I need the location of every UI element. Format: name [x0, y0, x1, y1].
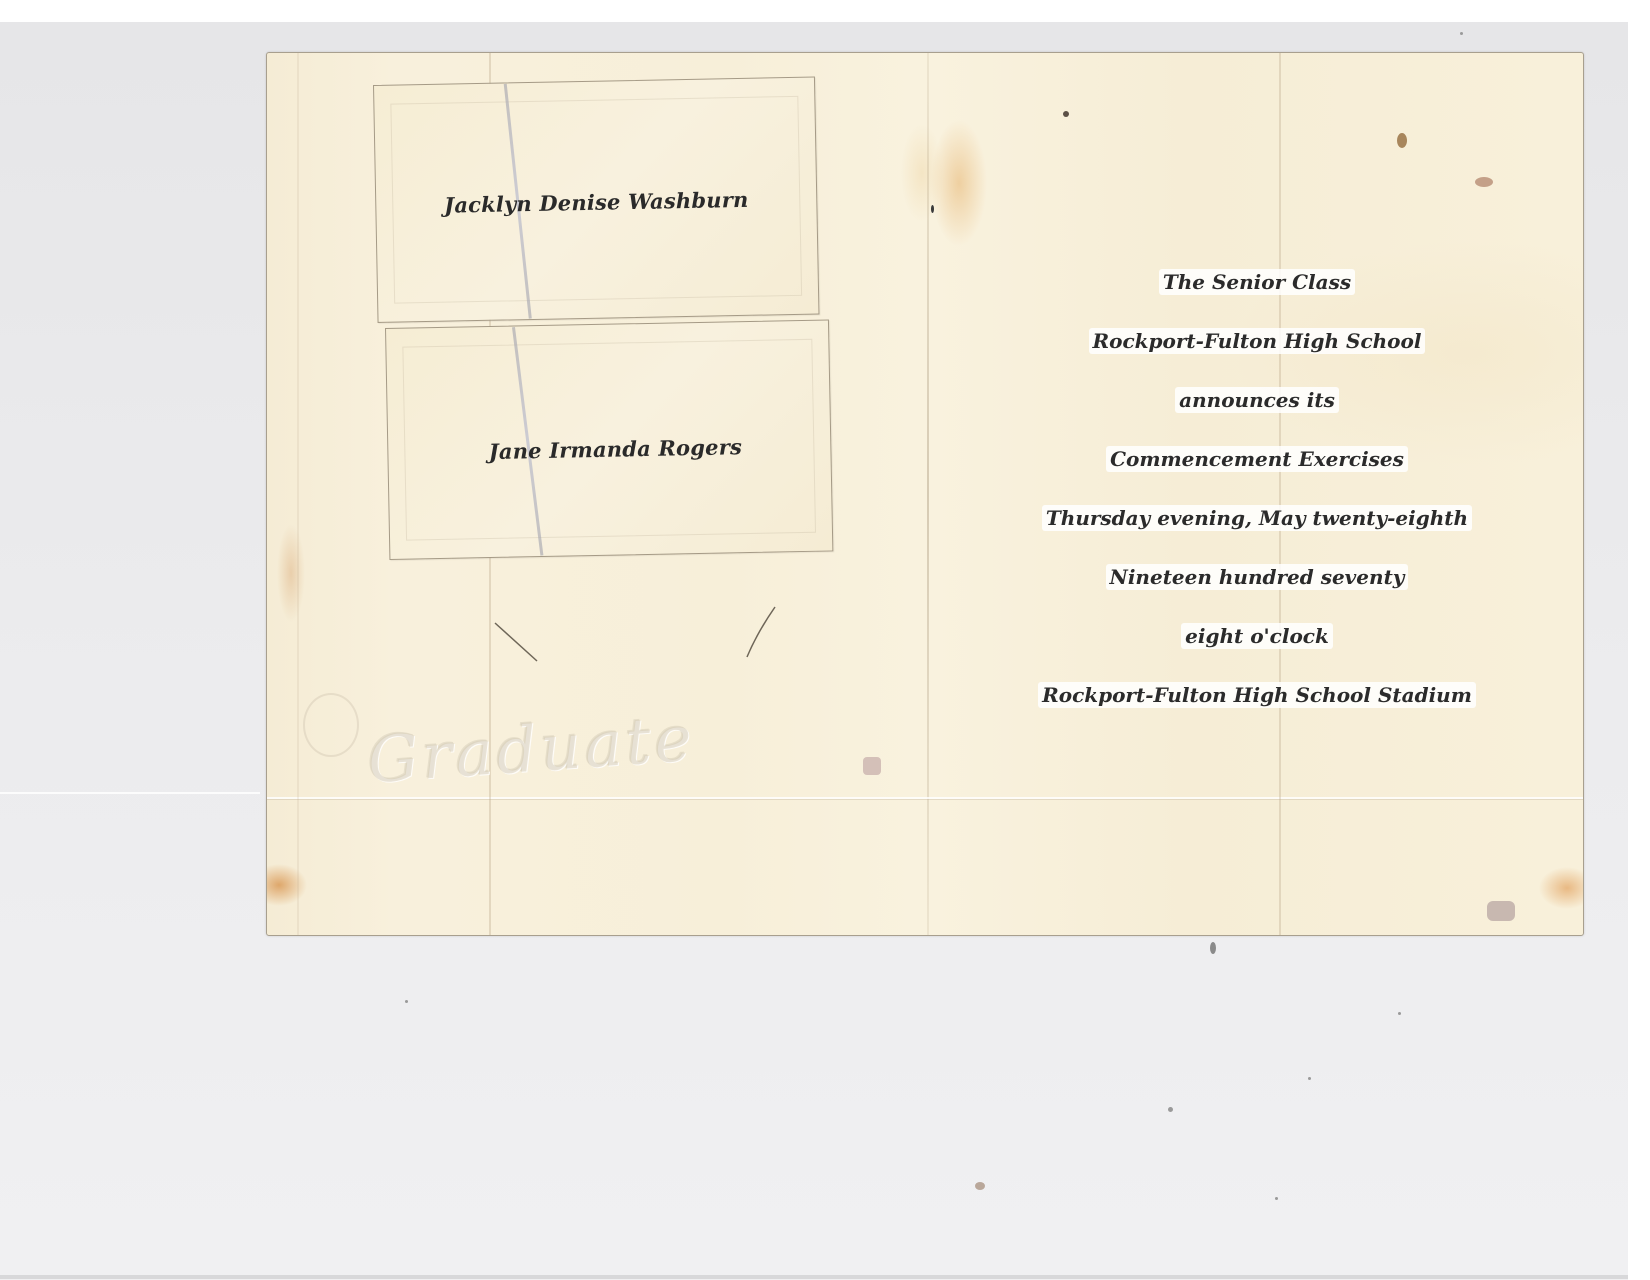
dust-speck — [1460, 32, 1463, 35]
event-time: eight o'clock — [967, 607, 1547, 666]
embossed-seal — [303, 693, 359, 757]
crease-line — [297, 53, 299, 935]
stain-spot — [863, 757, 881, 775]
announcement-text: The Senior Class Rockport-Fulton High Sc… — [967, 253, 1547, 725]
stain-spot — [1397, 133, 1407, 148]
event-venue: Rockport-Fulton High School Stadium — [967, 666, 1547, 725]
card-pocket-slot — [457, 553, 857, 713]
stain-spot — [1475, 177, 1493, 187]
stain-spot — [931, 205, 934, 213]
announces-line: announces its — [967, 371, 1547, 430]
announcement-sheet: Graduate Jacklyn Denise Washburn Jane Ir… — [266, 52, 1584, 936]
bottom-fold — [267, 797, 1583, 799]
dust-speck — [975, 1182, 985, 1190]
name-card-2: Jane Irmanda Rogers — [385, 319, 833, 559]
dust-speck — [1308, 1077, 1311, 1080]
dust-speck — [1398, 1012, 1401, 1015]
event-title: Commencement Exercises — [967, 430, 1547, 489]
event-year: Nineteen hundred seventy — [967, 548, 1547, 607]
school-name: Rockport-Fulton High School — [967, 312, 1547, 371]
name-card-1: Jacklyn Denise Washburn — [373, 77, 819, 323]
dust-speck — [1168, 1107, 1173, 1112]
dust-speck — [405, 1000, 408, 1003]
center-fold — [927, 53, 929, 935]
event-date: Thursday evening, May twenty-eighth — [967, 489, 1547, 548]
dust-speck — [1210, 942, 1216, 954]
dust-speck — [1275, 1197, 1278, 1200]
announcement-heading: The Senior Class — [967, 253, 1547, 312]
scanner-streak — [0, 792, 260, 794]
stain-spot — [1063, 111, 1069, 117]
stain-spot — [1487, 901, 1515, 921]
embossed-graduate-text: Graduate — [365, 702, 697, 799]
